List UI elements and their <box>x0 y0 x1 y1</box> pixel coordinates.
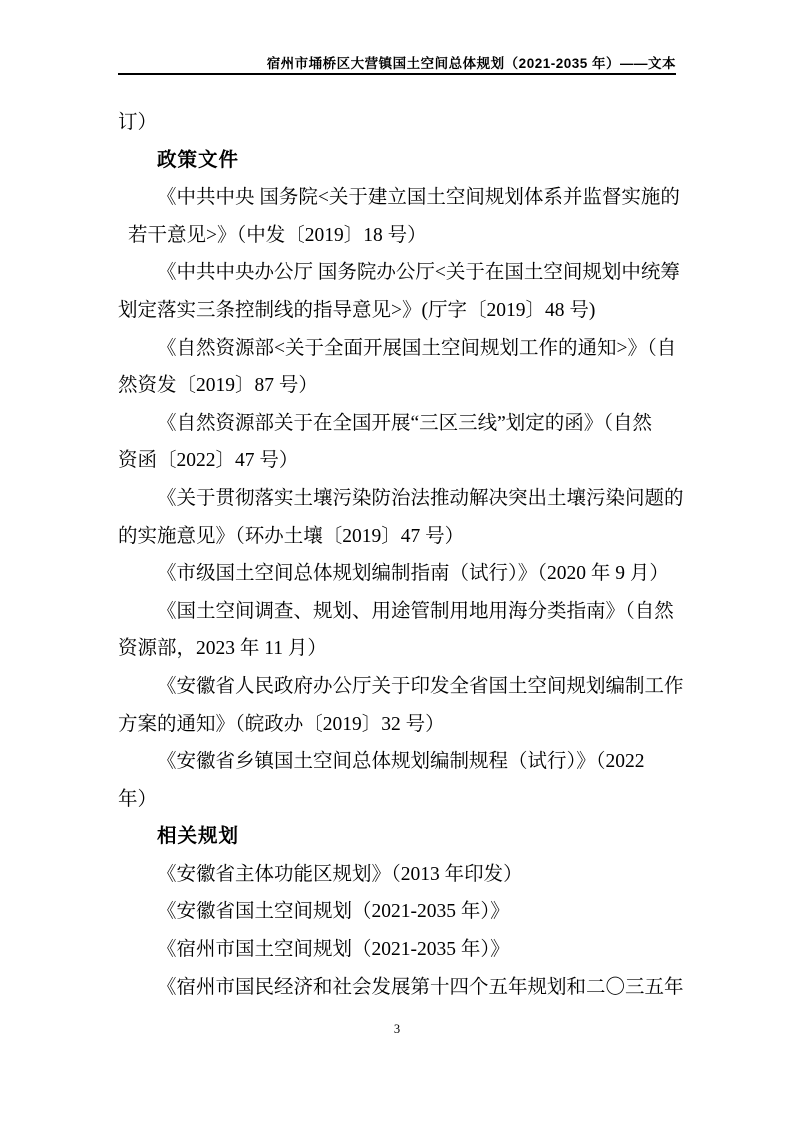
page-number: 3 <box>0 1022 794 1037</box>
document-body: 订） 政策文件 《中共中央 国务院<关于建立国土空间规划体系并监督实施的 若干意… <box>118 104 678 1006</box>
citation-line: 《宿州市国民经济和社会发展第十四个五年规划和二〇三五年 <box>118 969 678 1007</box>
citation-line: 《安徽省人民政府办公厅关于印发全省国土空间规划编制工作 <box>118 668 678 706</box>
citation-line: 资函〔2022〕47 号） <box>118 442 678 480</box>
section-heading-related-plans: 相关规划 <box>118 818 678 856</box>
citation-line: 年） <box>118 781 678 819</box>
citation-line: 若干意见>》（中发〔2019〕18 号） <box>118 217 678 255</box>
citation-line: 《安徽省国土空间规划（2021-2035 年）》 <box>118 893 678 931</box>
citation-line: 《国土空间调查、规划、用途管制用地用海分类指南》（自然 <box>118 593 678 631</box>
citation-line: 《关于贯彻落实土壤污染防治法推动解决突出土壤污染问题的 <box>118 480 678 518</box>
citation-line: 资源部，2023 年 11 月） <box>118 630 678 668</box>
citation-line: 《宿州市国土空间规划（2021-2035 年）》 <box>118 931 678 969</box>
citation-line: 《自然资源部<关于全面开展国土空间规划工作的通知>》（自 <box>118 330 678 368</box>
citation-line: 然资发〔2019〕87 号） <box>118 367 678 405</box>
citation-line: 《安徽省乡镇国土空间总体规划编制规程（试行）》（2022 <box>118 743 678 781</box>
header-rule <box>118 73 676 75</box>
text-line: 订） <box>118 104 678 142</box>
document-page: 宿州市埇桥区大营镇国土空间总体规划（2021-2035 年）——文本 订） 政策… <box>0 0 794 1123</box>
citation-line: 划定落实三条控制线的指导意见>》(厅字〔2019〕48 号) <box>118 292 678 330</box>
citation-line: 《市级国土空间总体规划编制指南（试行）》（2020 年 9 月） <box>118 555 678 593</box>
running-header-title: 宿州市埇桥区大营镇国土空间总体规划（2021-2035 年）——文本 <box>118 52 676 72</box>
citation-line: 《中共中央办公厅 国务院办公厅<关于在国土空间规划中统筹 <box>118 254 678 292</box>
citation-line: 的实施意见》（环办土壤〔2019〕47 号） <box>118 518 678 556</box>
section-heading-policy-files: 政策文件 <box>118 142 678 180</box>
citation-line: 《自然资源部关于在全国开展“三区三线”划定的函》（自然 <box>118 405 678 443</box>
citation-line: 《安徽省主体功能区规划》（2013 年印发） <box>118 856 678 894</box>
citation-line: 《中共中央 国务院<关于建立国土空间规划体系并监督实施的 <box>118 179 678 217</box>
citation-line: 方案的通知》（皖政办〔2019〕32 号） <box>118 706 678 744</box>
